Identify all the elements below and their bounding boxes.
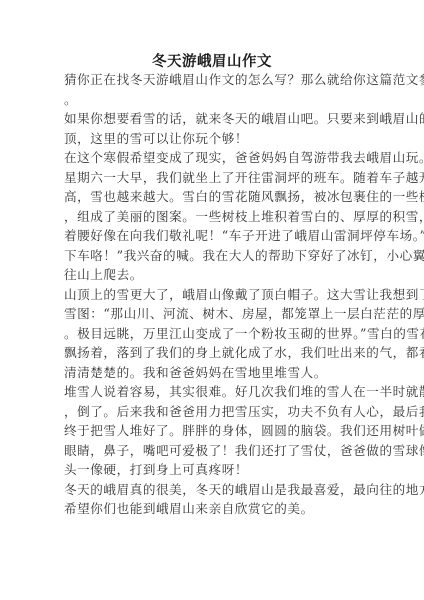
text-line: 终于把雪人堆好了。胖胖的身体，圆圆的脑袋。我们还用树叶做了	[64, 421, 356, 441]
text-line: 飘扬着，落到了我们的身上就化成了水，我们吐出来的气，都看得	[64, 343, 356, 363]
text-line: 清清楚楚的。我和爸爸妈妈在雪地里堆雪人。	[64, 363, 356, 383]
text-line: 着腰好像在向我们敬礼呢！“车子开进了峨眉山雷洞坪停车场。”	[64, 226, 356, 246]
text-line: 眼睛，鼻子，嘴吧可爱极了！我们还打了雪仗，爸爸做的雪球像石	[64, 441, 356, 461]
text-line: 如果你想要看雪的话，就来冬天的峨眉山吧。只要来到峨眉山的山	[64, 109, 356, 129]
document-body: 猜你正在找冬天游峨眉山作文的怎么写？那么就给你这篇范文参考 。 如果你想要看雪的…	[64, 70, 356, 519]
text-line: 猜你正在找冬天游峨眉山作文的怎么写？那么就给你这篇范文参考	[64, 70, 356, 90]
text-line: 山顶上的雪更大了，峨眉山像戴了顶白帽子。这大雪让我想到了瑞	[64, 285, 356, 305]
document-page: 冬天游峨眉山作文 猜你正在找冬天游峨眉山作文的怎么写？那么就给你这篇范文参考 。…	[0, 0, 424, 600]
text-line: 冬天的峨眉真的很美，冬天的峨眉山是我最喜爱，最向往的地方！	[64, 480, 356, 500]
text-line: 往山上爬去。	[64, 265, 356, 285]
text-line: 堆雪人说着容易，其实很难。好几次我们堆的雪人在一半时就散了	[64, 382, 356, 402]
text-line: 。极目远眺，万里江山变成了一个粉妆玉砌的世界。”雪白的雪花	[64, 324, 356, 344]
text-line: ，倒了。后来我和爸爸用力把雪压实，功夫不负有人心，最后我们	[64, 402, 356, 422]
document-title: 冬天游峨眉山作文	[0, 50, 424, 71]
text-line: 希望你们也能到峨眉山来亲自欣赏它的美。	[64, 499, 356, 519]
text-line: 头一像硬，打到身上可真疼呀！	[64, 460, 356, 480]
text-line: ，组成了美丽的图案。一些树枝上堆积着雪白的、厚厚的积雪，弯	[64, 207, 356, 227]
text-line: 顶，这里的雪可以让你玩个够！	[64, 129, 356, 149]
text-line: 下车咯！”我兴奋的喊。我在大人的帮助下穿好了冰钉，小心翼翼的	[64, 246, 356, 266]
text-line: 高，雪也越来越大。雪白的雪花随风飘扬，被冰包裹住的一些植物	[64, 187, 356, 207]
text-line: 星期六一大早，我们就坐上了开往雷洞坪的班车。随着车子越开越	[64, 168, 356, 188]
text-line: 雪图：“那山川、河流、树木、房屋，都笼罩上一层白茫茫的厚雪	[64, 304, 356, 324]
text-line: 在这个寒假希望变成了现实，爸爸妈妈自驾游带我去峨眉山玩。	[64, 148, 356, 168]
text-line: 。	[64, 90, 356, 110]
